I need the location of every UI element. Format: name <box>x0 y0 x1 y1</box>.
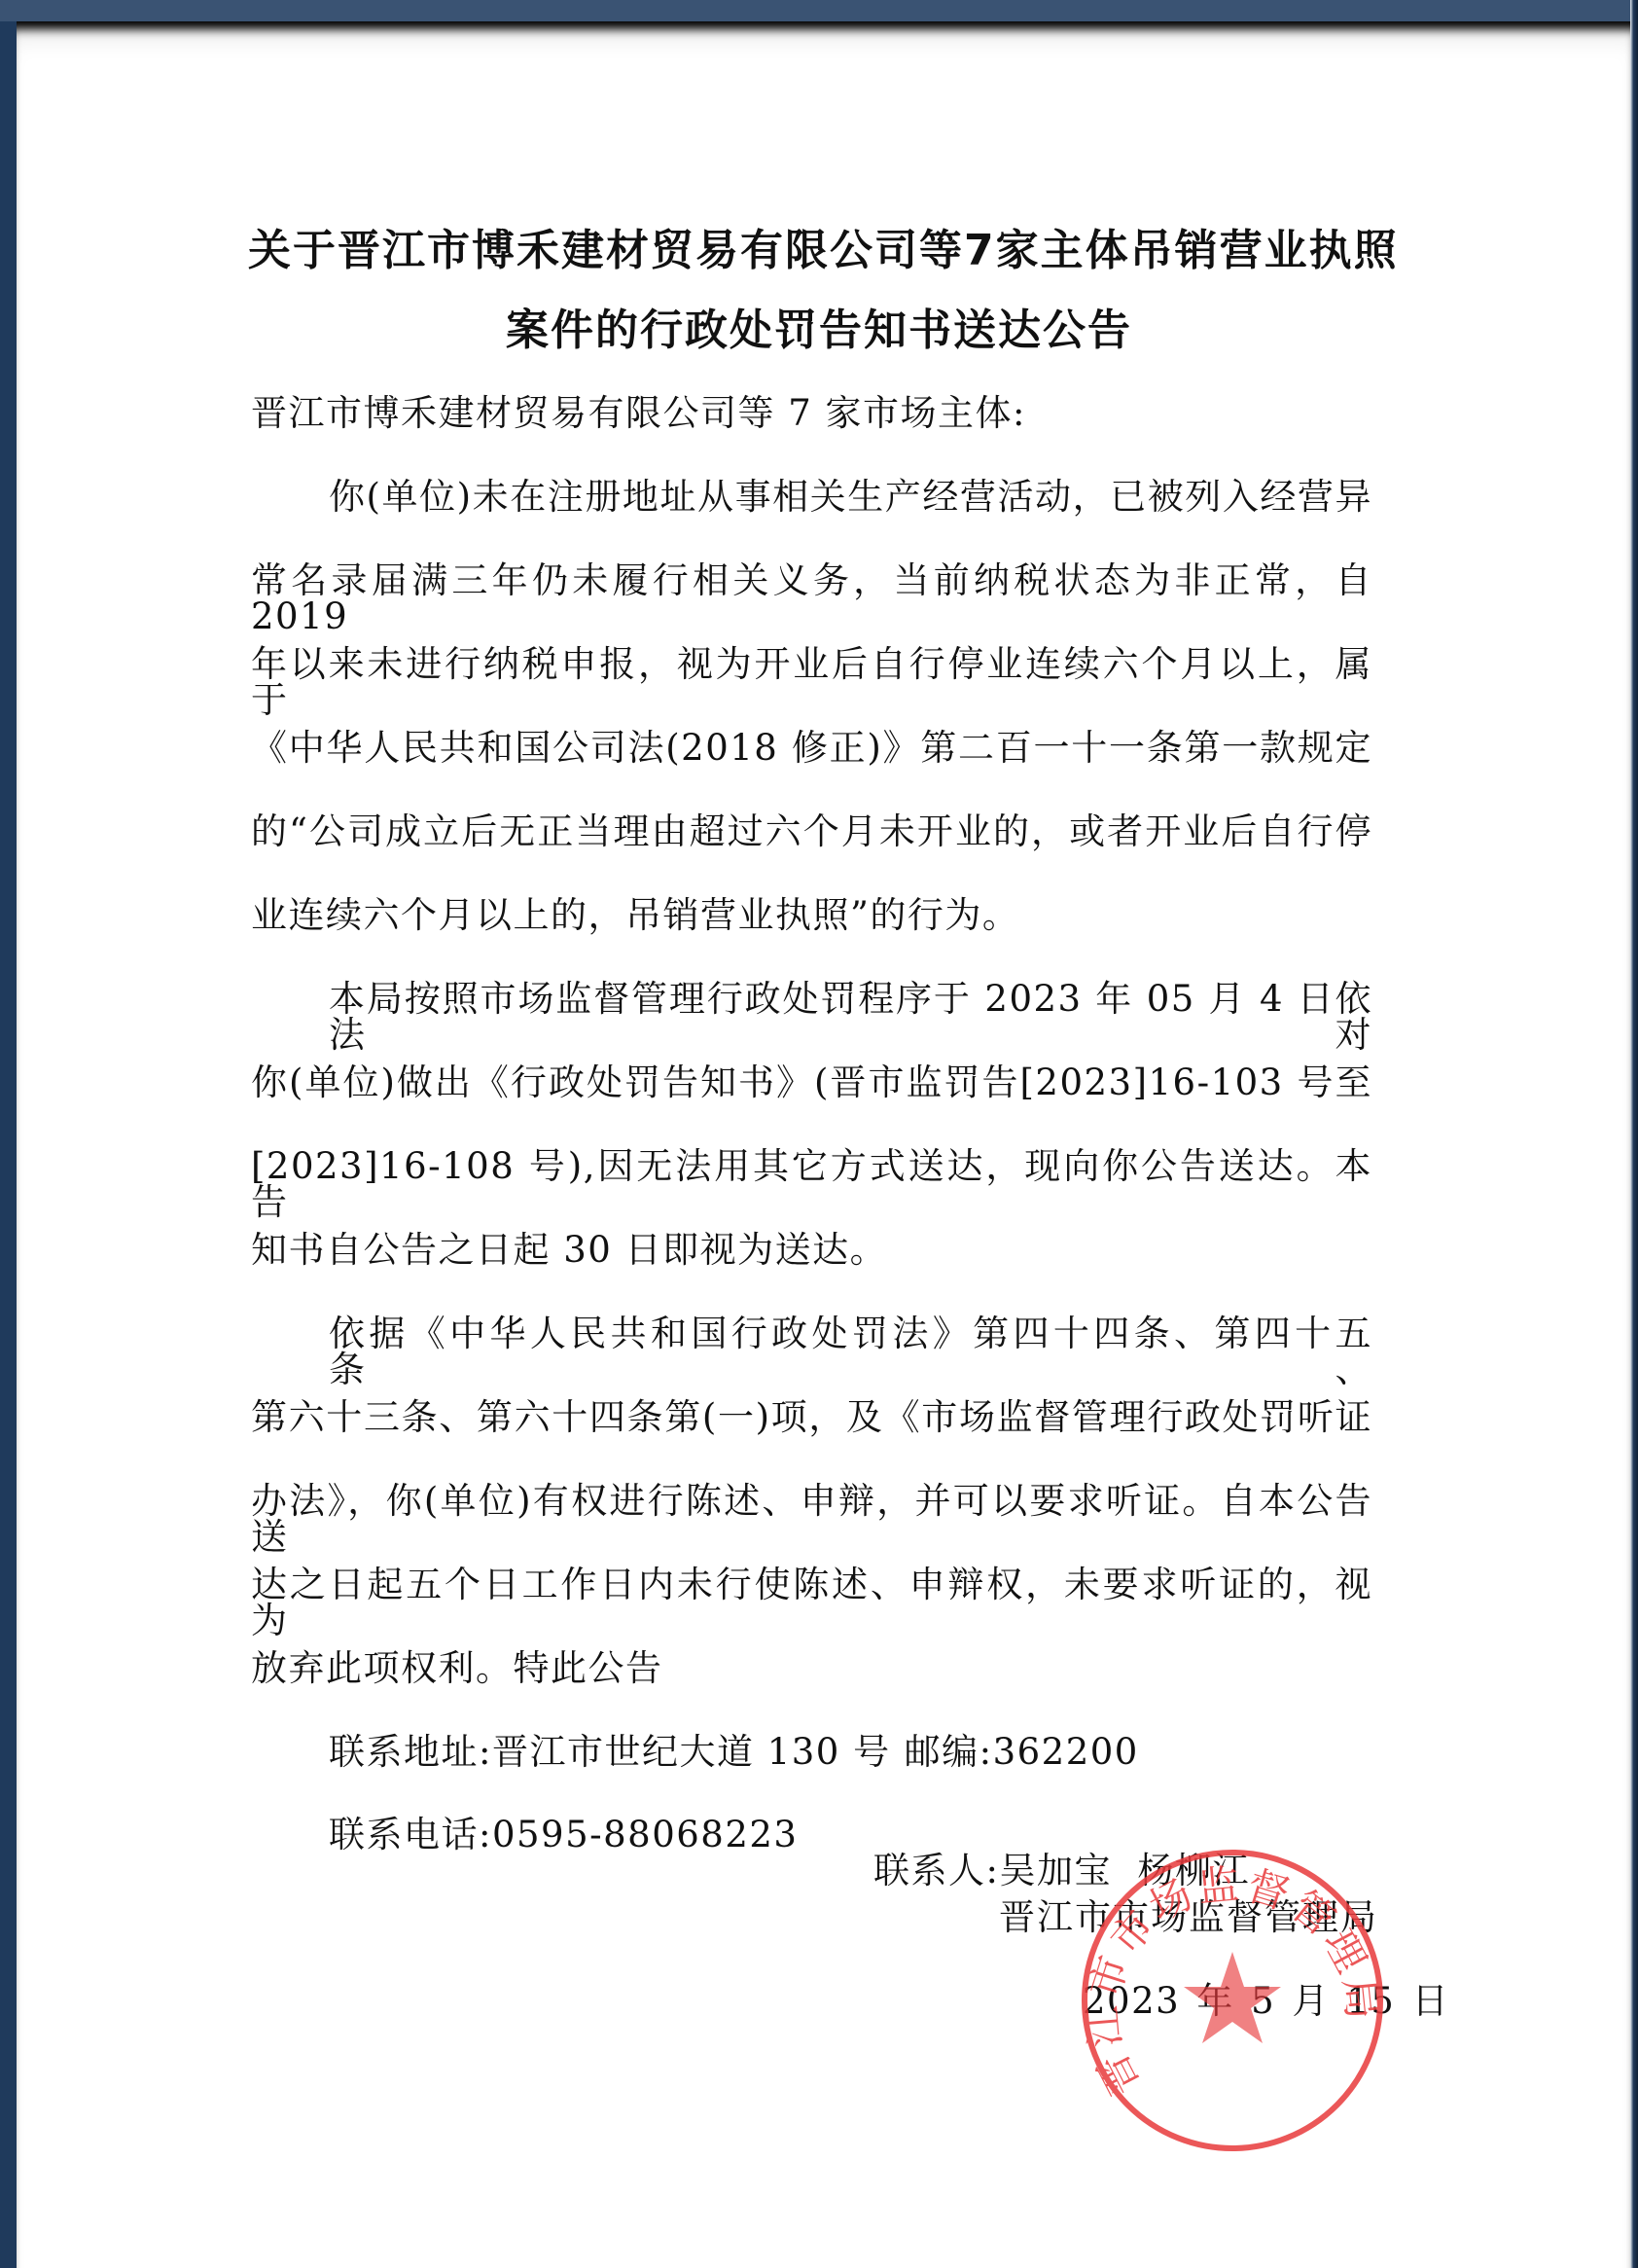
issuing-authority: 晋江市市场监督管理局 <box>999 1899 1376 1935</box>
greeting: 晋江市博禾建材贸易有限公司等 7 家市场主体: <box>251 395 1026 431</box>
postcode-label: 邮编: <box>905 1731 993 1773</box>
paragraph-1-line-4: 《中华人民共和国公司法(2018 修正)》第二百一十一条第一款规定 <box>251 730 1372 766</box>
address-value: 晋江市世纪大道 130 号 <box>492 1731 891 1773</box>
paragraph-3-line-1: 依据《中华人民共和国行政处罚法》第四十四条、第四十五条、 <box>329 1315 1372 1387</box>
paragraph-1-line-3: 年以来未进行纳税申报，视为开业后自行停业连续六个月以上，属于 <box>251 646 1372 718</box>
paragraph-1-line-2: 常名录届满三年仍未履行相关义务，当前纳税状态为非正常，自 2019 <box>251 562 1372 634</box>
issue-date: 2023 年 5 月 15 日 <box>1083 1983 1449 2019</box>
document-title-line-2: 案件的行政处罚告知书送达公告 <box>506 309 1132 352</box>
scanner-background <box>0 0 1638 21</box>
contact-phone-row: 联系电话:0595-88068223 <box>329 1817 798 1853</box>
phone-value: 0595-88068223 <box>492 1814 799 1855</box>
paragraph-1-line-1: 你(单位)未在注册地址从事相关生产经营活动，已被列入经营异 <box>329 479 1372 515</box>
contact-person-label: 联系人: <box>873 1850 999 1891</box>
paragraph-3-line-4: 达之日起五个日工作日内未行使陈述、申辩权，未要求听证的，视为 <box>251 1566 1372 1638</box>
document-page: 关于晋江市博禾建材贸易有限公司等7家主体吊销营业执照 案件的行政处罚告知书送达公… <box>17 21 1630 2268</box>
phone-label: 联系电话: <box>329 1814 492 1855</box>
paragraph-2-line-2: 你(单位)做出《行政处罚告知书》(晋市监罚告[2023]16-103 号至 <box>251 1064 1372 1100</box>
paragraph-3-line-2: 第六十三条、第六十四条第(一)项，及《市场监督管理行政处罚听证 <box>251 1399 1372 1435</box>
contact-address-row: 联系地址:晋江市世纪大道 130 号邮编:362200 <box>329 1734 1139 1770</box>
document-title-line-1: 关于晋江市博禾建材贸易有限公司等7家主体吊销营业执照 <box>248 230 1386 272</box>
paragraph-1-line-6: 业连续六个月以上的，吊销营业执照”的行为。 <box>251 897 1019 933</box>
contact-person-names: 吴加宝 杨柳江 <box>1000 1850 1251 1891</box>
paragraph-2-line-1: 本局按照市场监督管理行政处罚程序于 2023 年 05 月 4 日依法对 <box>329 981 1372 1053</box>
address-label: 联系地址: <box>329 1731 492 1773</box>
paragraph-2-line-3: [2023]16-108 号),因无法用其它方式送达，现向你公告送达。本告 <box>251 1148 1372 1220</box>
paragraph-3-line-5: 放弃此项权利。特此公告 <box>251 1650 663 1686</box>
paragraph-3-line-3: 办法》，你(单位)有权进行陈述、申辩，并可以要求听证。自本公告送 <box>251 1483 1372 1555</box>
scanner-right-edge <box>1630 0 1638 2268</box>
paragraph-2-line-4: 知书自公告之日起 30 日即视为送达。 <box>251 1232 887 1268</box>
postcode-value: 362200 <box>993 1731 1139 1773</box>
paragraph-1-line-5: 的“公司成立后无正当理由超过六个月未开业的，或者开业后自行停 <box>251 813 1372 849</box>
